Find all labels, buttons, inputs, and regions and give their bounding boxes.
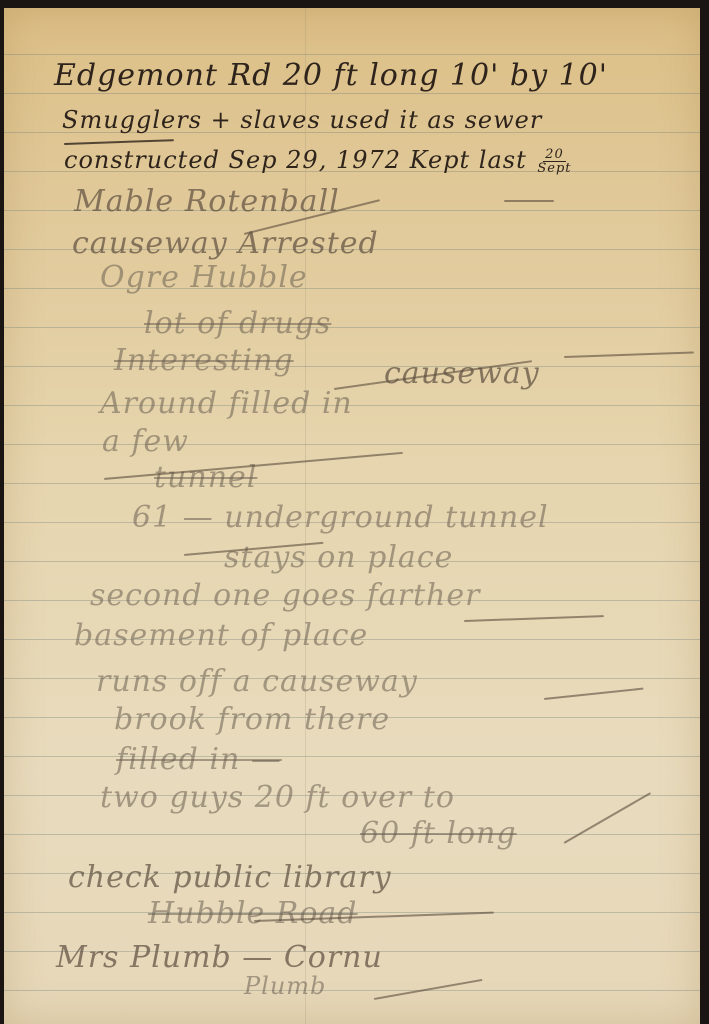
pencil-line: a few xyxy=(102,424,189,459)
strike-stroke xyxy=(564,351,694,358)
pencil-line: Around filled in xyxy=(100,386,353,421)
pencil-line-struck: 60 ft long xyxy=(360,816,517,851)
ruled-line xyxy=(4,834,700,835)
pencil-line: runs off a causeway xyxy=(96,664,418,699)
pencil-line: two guys 20 ft over to xyxy=(100,780,455,815)
pencil-line: Mable Rotenball xyxy=(74,184,340,219)
ruled-line xyxy=(4,483,700,484)
ruled-line xyxy=(4,990,700,991)
dash-stroke xyxy=(504,200,554,202)
ink-line-3-text: constructed Sep 29, 1972 Kept last xyxy=(64,146,527,174)
fraction-numerator: 20 xyxy=(543,148,566,162)
ink-line-2: Smugglers + slaves used it as sewer xyxy=(62,106,542,134)
fraction-denominator: Sept xyxy=(537,162,571,175)
ruled-line xyxy=(4,327,700,328)
pencil-line: brook from there xyxy=(114,702,390,737)
ruled-line xyxy=(4,366,700,367)
ink-line-3: constructed Sep 29, 1972 Kept last 20 Se… xyxy=(64,146,572,175)
pencil-line: basement of place xyxy=(74,618,368,653)
strike-stroke xyxy=(464,615,604,622)
date-fraction: 20 Sept xyxy=(537,148,571,175)
diagonal-stroke xyxy=(564,792,652,844)
underline-stroke xyxy=(64,139,174,145)
pencil-line-struck: filled in — xyxy=(116,742,282,777)
pencil-line-struck: Interesting xyxy=(114,343,294,378)
pencil-line: Mrs Plumb — Cornu xyxy=(56,940,383,975)
pencil-line-struck: lot of drugs xyxy=(144,306,331,341)
ruled-line xyxy=(4,756,700,757)
pencil-line: check public library xyxy=(68,860,392,895)
strike-stroke xyxy=(544,688,644,700)
pencil-line: Plumb xyxy=(244,972,326,1000)
pencil-line-struck: Hubble Road xyxy=(148,896,358,931)
pencil-line: 61 — underground tunnel xyxy=(132,500,549,535)
pencil-line: second one goes farther xyxy=(90,578,481,613)
pencil-line: stays on place xyxy=(224,540,453,575)
pencil-line: causeway Arrested xyxy=(72,226,379,261)
ink-line-1: Edgemont Rd 20 ft long 10' by 10' xyxy=(54,58,608,93)
notebook-page: Edgemont Rd 20 ft long 10' by 10' Smuggl… xyxy=(4,8,700,1024)
ruled-line xyxy=(4,54,700,55)
pencil-line: Ogre Hubble xyxy=(100,260,308,295)
ruled-line xyxy=(4,93,700,94)
